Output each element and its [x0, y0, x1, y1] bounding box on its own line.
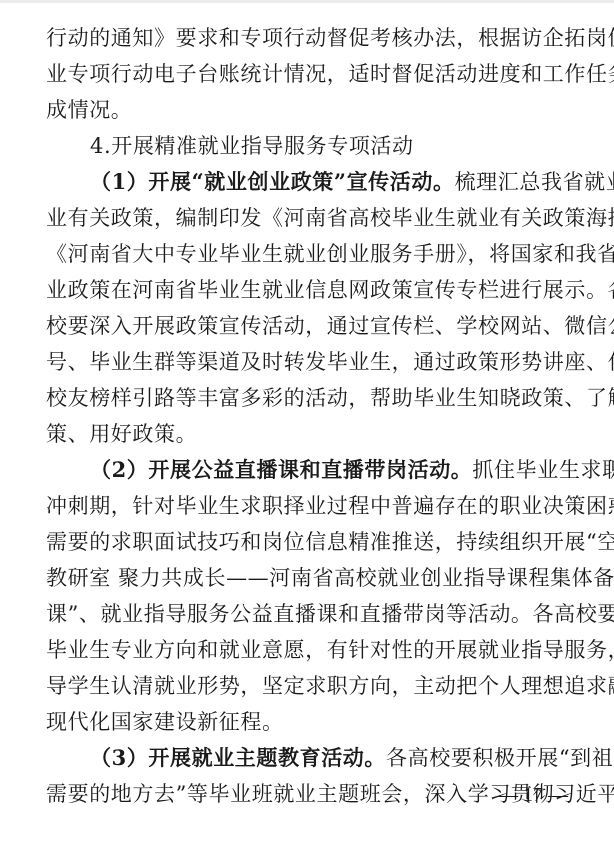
subsection-title: （1）开展“就业创业政策”宣传活动。 — [90, 169, 455, 194]
body-line: 需要的求职面试技巧和岗位信息精准推送，持续组织开展“空中 — [46, 524, 570, 560]
body-line: 号、毕业生群等渠道及时转发毕业生，通过政策形势讲座、优秀 — [46, 344, 570, 380]
subsection-line: （1）开展“就业创业政策”宣传活动。梳理汇总我省就业创 — [46, 164, 570, 200]
page-top-border — [0, 0, 614, 3]
body-text: 梳理汇总我省就业创 — [455, 170, 614, 194]
body-line: 导学生认清就业形势，坚定求职方向，主动把个人理想追求融入 — [46, 668, 570, 704]
body-line: 《河南省大中专业毕业生就业创业服务手册》，将国家和我省促就 — [46, 236, 570, 272]
body-text: 各高校要积极开展“到祖国最 — [386, 746, 614, 770]
body-line: 现代化国家建设新征程。 — [46, 704, 570, 740]
body-line: 需要的地方去”等毕业班就业主题班会，深入学习贯彻习近平总 — [46, 776, 570, 812]
body-line: 成情况。 — [46, 92, 570, 128]
body-line: 冲刺期，针对毕业生求职择业过程中普遍存在的职业决策困惑、 — [46, 488, 570, 524]
subsection-line: （2）开展公益直播课和直播带岗活动。抓住毕业生求职择业 — [46, 452, 570, 488]
page-number: — 17 — — [498, 782, 568, 808]
body-text: 抓住毕业生求职择业 — [472, 458, 614, 482]
body-line: 策、用好政策。 — [46, 416, 570, 452]
body-line: 毕业生专业方向和就业意愿，有针对性的开展就业指导服务，引 — [46, 632, 570, 668]
body-line: 校友榜样引路等丰富多彩的活动，帮助毕业生知晓政策、了解政 — [46, 380, 570, 416]
section-heading: 4.开展精准就业指导服务专项活动 — [46, 128, 570, 164]
body-line: 业政策在河南省毕业生就业信息网政策宣传专栏进行展示。各高 — [46, 272, 570, 308]
subsection-title: （2）开展公益直播课和直播带岗活动。 — [90, 457, 472, 482]
body-line: 教研室 聚力共成长——河南省高校就业创业指导课程集体备 — [46, 560, 570, 596]
subsection-line: （3）开展就业主题教育活动。各高校要积极开展“到祖国最 — [46, 740, 570, 776]
body-line: 课”、就业指导服务公益直播课和直播带岗等活动。各高校要根据 — [46, 596, 570, 632]
body-line: 业专项行动电子台账统计情况，适时督促活动进度和工作任务完 — [46, 56, 570, 92]
subsection-title: （3）开展就业主题教育活动。 — [90, 745, 386, 770]
body-line: 校要深入开展政策宣传活动，通过宣传栏、学校网站、微信公众 — [46, 308, 570, 344]
body-line: 业有关政策，编制印发《河南省高校毕业生就业有关政策海报》 — [46, 200, 570, 236]
document-page: 行动的通知》要求和专项行动督促考核办法，根据访企拓岗促就 业专项行动电子台账统计… — [46, 20, 570, 812]
body-line: 行动的通知》要求和专项行动督促考核办法，根据访企拓岗促就 — [46, 20, 570, 56]
